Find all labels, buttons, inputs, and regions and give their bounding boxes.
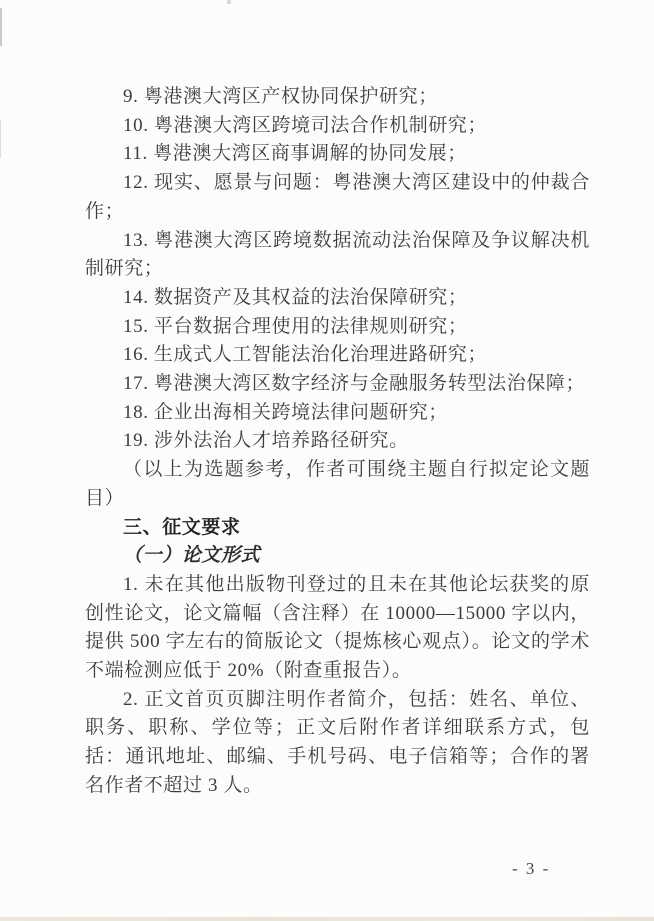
page-bottom-edge: [0, 917, 654, 921]
list-item-9: 9. 粤港澳大湾区产权协同保护研究；: [85, 83, 590, 112]
list-item-19: 19. 涉外法治人才培养路径研究。: [85, 427, 590, 456]
document-page: 9. 粤港澳大湾区产权协同保护研究； 10. 粤港澳大湾区跨境司法合作机制研究；…: [0, 0, 654, 921]
list-item-16: 16. 生成式人工智能法治化治理进路研究；: [85, 341, 590, 370]
scan-artifact-top-mark: [227, 0, 231, 4]
section-heading: 三、征文要求: [85, 514, 590, 543]
list-item-15: 15. 平台数据合理使用的法律规则研究；: [85, 313, 590, 342]
scan-artifact-left-edge: [0, 8, 2, 46]
list-item-11: 11. 粤港澳大湾区商事调解的协同发展；: [85, 140, 590, 169]
list-item-10: 10. 粤港澳大湾区跨境司法合作机制研究；: [85, 112, 590, 141]
topic-note: （以上为选题参考，作者可围绕主题自行拟定论文题目）: [85, 456, 590, 513]
scan-artifact-left-edge: [0, 120, 1, 158]
paragraph-2: 2. 正文首页页脚注明作者简介，包括：姓名、单位、职务、职称、学位等；正文后附作…: [85, 686, 590, 801]
document-body: 9. 粤港澳大湾区产权协同保护研究； 10. 粤港澳大湾区跨境司法合作机制研究；…: [85, 83, 590, 801]
list-item-17: 17. 粤港澳大湾区数字经济与金融服务转型法治保障；: [85, 370, 590, 399]
paragraph-1: 1. 未在其他出版物刊登过的且未在其他论坛获奖的原创性论文，论文篇幅（含注释）在…: [85, 571, 590, 686]
list-item-14: 14. 数据资产及其权益的法治保障研究；: [85, 284, 590, 313]
subsection-heading: （一）论文形式: [85, 542, 590, 571]
list-item-13: 13. 粤港澳大湾区跨境数据流动法治保障及争议解决机制研究；: [85, 227, 590, 284]
page-number: - 3 -: [512, 859, 550, 879]
list-item-18: 18. 企业出海相关跨境法律问题研究；: [85, 399, 590, 428]
list-item-12: 12. 现实、愿景与问题：粤港澳大湾区建设中的仲裁合作；: [85, 169, 590, 226]
